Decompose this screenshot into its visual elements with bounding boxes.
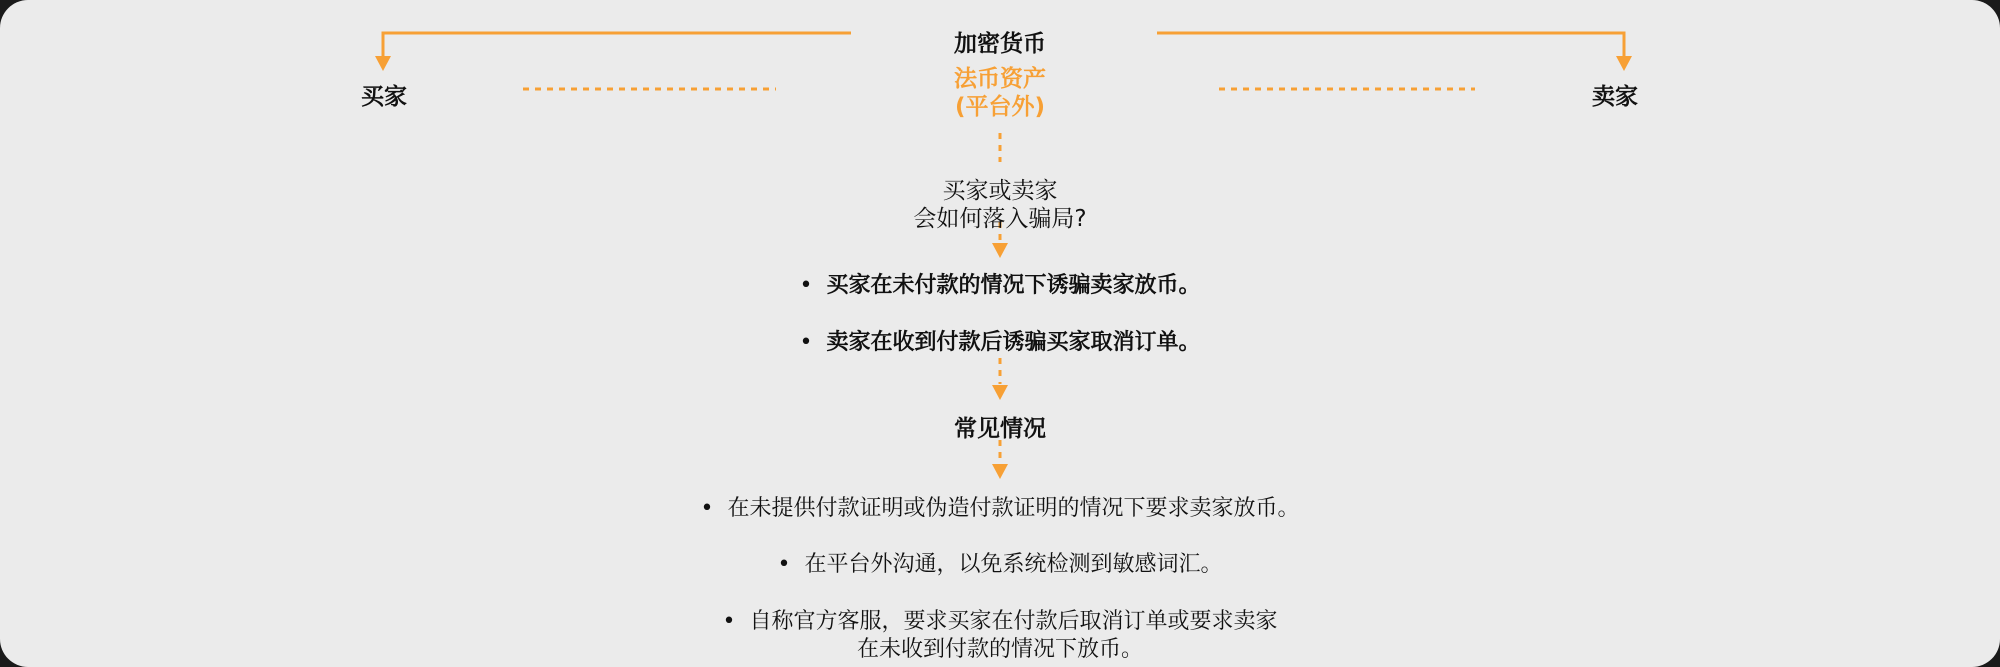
arrowhead-down-icon bbox=[992, 464, 1008, 479]
scenario-item: • 买家在未付款的情况下诱骗卖家放币。 bbox=[0, 268, 2000, 299]
question-line-2: 会如何落入骗局? bbox=[800, 200, 1200, 233]
scenario-item: • 卖家在收到付款后诱骗买家取消订单。 bbox=[0, 325, 2000, 356]
buyer-label: 买家 bbox=[334, 78, 434, 111]
common-case-item: • 自称官方客服，要求买家在付款后取消订单或要求卖家 bbox=[0, 604, 2000, 635]
common-case-item: • 在未提供付款证明或伪造付款证明的情况下要求卖家放币。 bbox=[0, 491, 2000, 522]
common-cases-title: 常见情况 bbox=[900, 410, 1100, 443]
arrowhead-down-icon bbox=[375, 56, 391, 71]
off-platform-label: (平台外) bbox=[900, 88, 1100, 121]
arrowhead-down-icon bbox=[1616, 56, 1632, 71]
common-case-item-continued: 在未收到付款的情况下放币。 bbox=[0, 632, 2000, 663]
diagram-canvas: 加密货币 法币资产 (平台外) 买家 卖家 买家或卖家 会如何落入骗局? • 买… bbox=[0, 0, 2000, 667]
crypto-label: 加密货币 bbox=[900, 25, 1100, 58]
common-case-item: • 在平台外沟通，以免系统检测到敏感词汇。 bbox=[0, 547, 2000, 578]
arrowhead-down-icon bbox=[992, 385, 1008, 400]
arrow-to-seller bbox=[1157, 33, 1624, 58]
seller-label: 卖家 bbox=[1565, 78, 1665, 111]
arrow-to-buyer bbox=[383, 33, 851, 58]
arrowhead-down-icon bbox=[992, 243, 1008, 258]
